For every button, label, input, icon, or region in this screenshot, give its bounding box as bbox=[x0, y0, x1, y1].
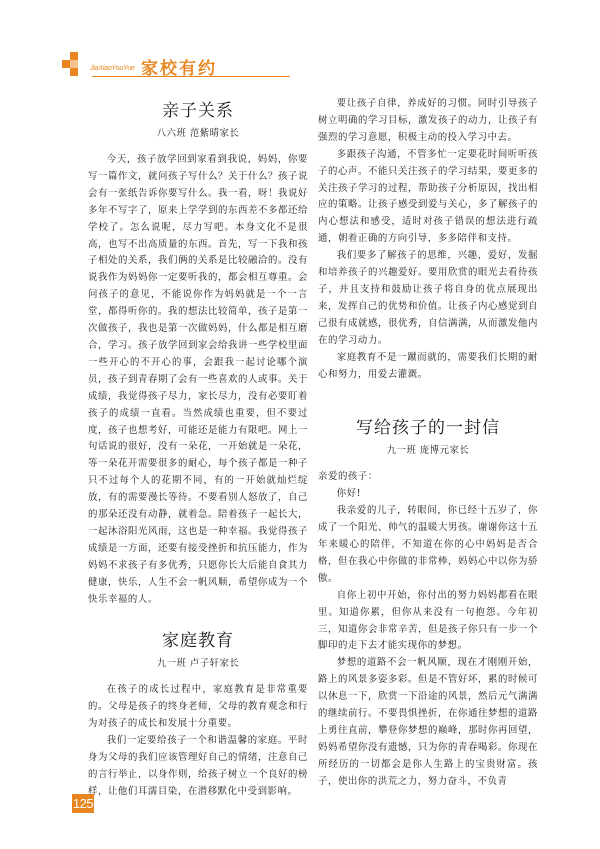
article-title: 家庭教育 bbox=[88, 630, 308, 652]
article-paragraph: 要让孩子自律，养成好的习惯。同时引导孩子树立明确的学习目标，激发孩子的动力，让孩… bbox=[318, 96, 538, 147]
page-number: 125 bbox=[72, 794, 94, 813]
header-divider bbox=[92, 76, 290, 77]
article-paragraph: 今天，孩子放学回到家看到我说，妈妈，你要写一篇作文，就问孩子写什么？关于什么？孩… bbox=[88, 152, 308, 608]
article-paragraph: 我们要多了解孩子的思维，兴趣，爱好，发掘和培养孩子的兴趣爱好。要用欣赏的眼光去看… bbox=[318, 248, 538, 349]
article-paragraph: 我们一定要给孩子一个和谐温馨的家庭。平时身为父母的我们应该管理好自己的情绪，注意… bbox=[88, 733, 308, 801]
article-paragraph: 家庭教育不是一蹴而就的，需要我们长期的耐心和努力，用爱去灌溉。 bbox=[318, 350, 538, 384]
article-paragraph: 我亲爱的儿子，转眼间，你已经十五岁了，你成了一个阳光、帅气的温暖大男孩。谢谢你这… bbox=[318, 503, 538, 588]
article-paragraph: 在孩子的成长过程中，家庭教育是非常重要的。父母是孩子的终身老师，父母的教育观念和… bbox=[88, 682, 308, 733]
right-column: 要让孩子自律，养成好的习惯。同时引导孩子树立明确的学习目标，激发孩子的动力，让孩… bbox=[318, 96, 538, 791]
article-byline: 九一班 庞博元家长 bbox=[318, 443, 538, 459]
section-header: JiaXiaoYouYue 家校有约 bbox=[62, 52, 232, 84]
letter-greeting: 你好! bbox=[318, 486, 538, 503]
article-paragraph: 梦想的道路不会一帆风顺，现在才刚刚开始，路上的风景多姿多彩。但是不管好坏，累的时… bbox=[318, 655, 538, 790]
header-pinyin: JiaXiaoYouYue bbox=[90, 65, 135, 72]
article-byline: 九一班 卢子轩家长 bbox=[88, 656, 308, 672]
article-paragraph: 自你上初中开始，你付出的努力妈妈都看在眼里。知道你累，但你从来没有一句抱怨。今年… bbox=[318, 588, 538, 656]
article-title: 写给孩子的一封信 bbox=[318, 417, 538, 439]
squares-logo-icon bbox=[62, 52, 86, 78]
article-byline: 八六班 范紫晴家长 bbox=[88, 126, 308, 142]
left-column: 亲子关系 八六班 范紫晴家长 今天，孩子放学回到家看到我说，妈妈，你要写一篇作文… bbox=[88, 96, 308, 801]
article-paragraph: 多跟孩子沟通，不管多忙一定要花时间听听孩子的心声。不能只关注孩子的学习结果，要更… bbox=[318, 147, 538, 248]
letter-salutation: 亲爱的孩子： bbox=[318, 469, 538, 486]
article-title: 亲子关系 bbox=[88, 100, 308, 122]
